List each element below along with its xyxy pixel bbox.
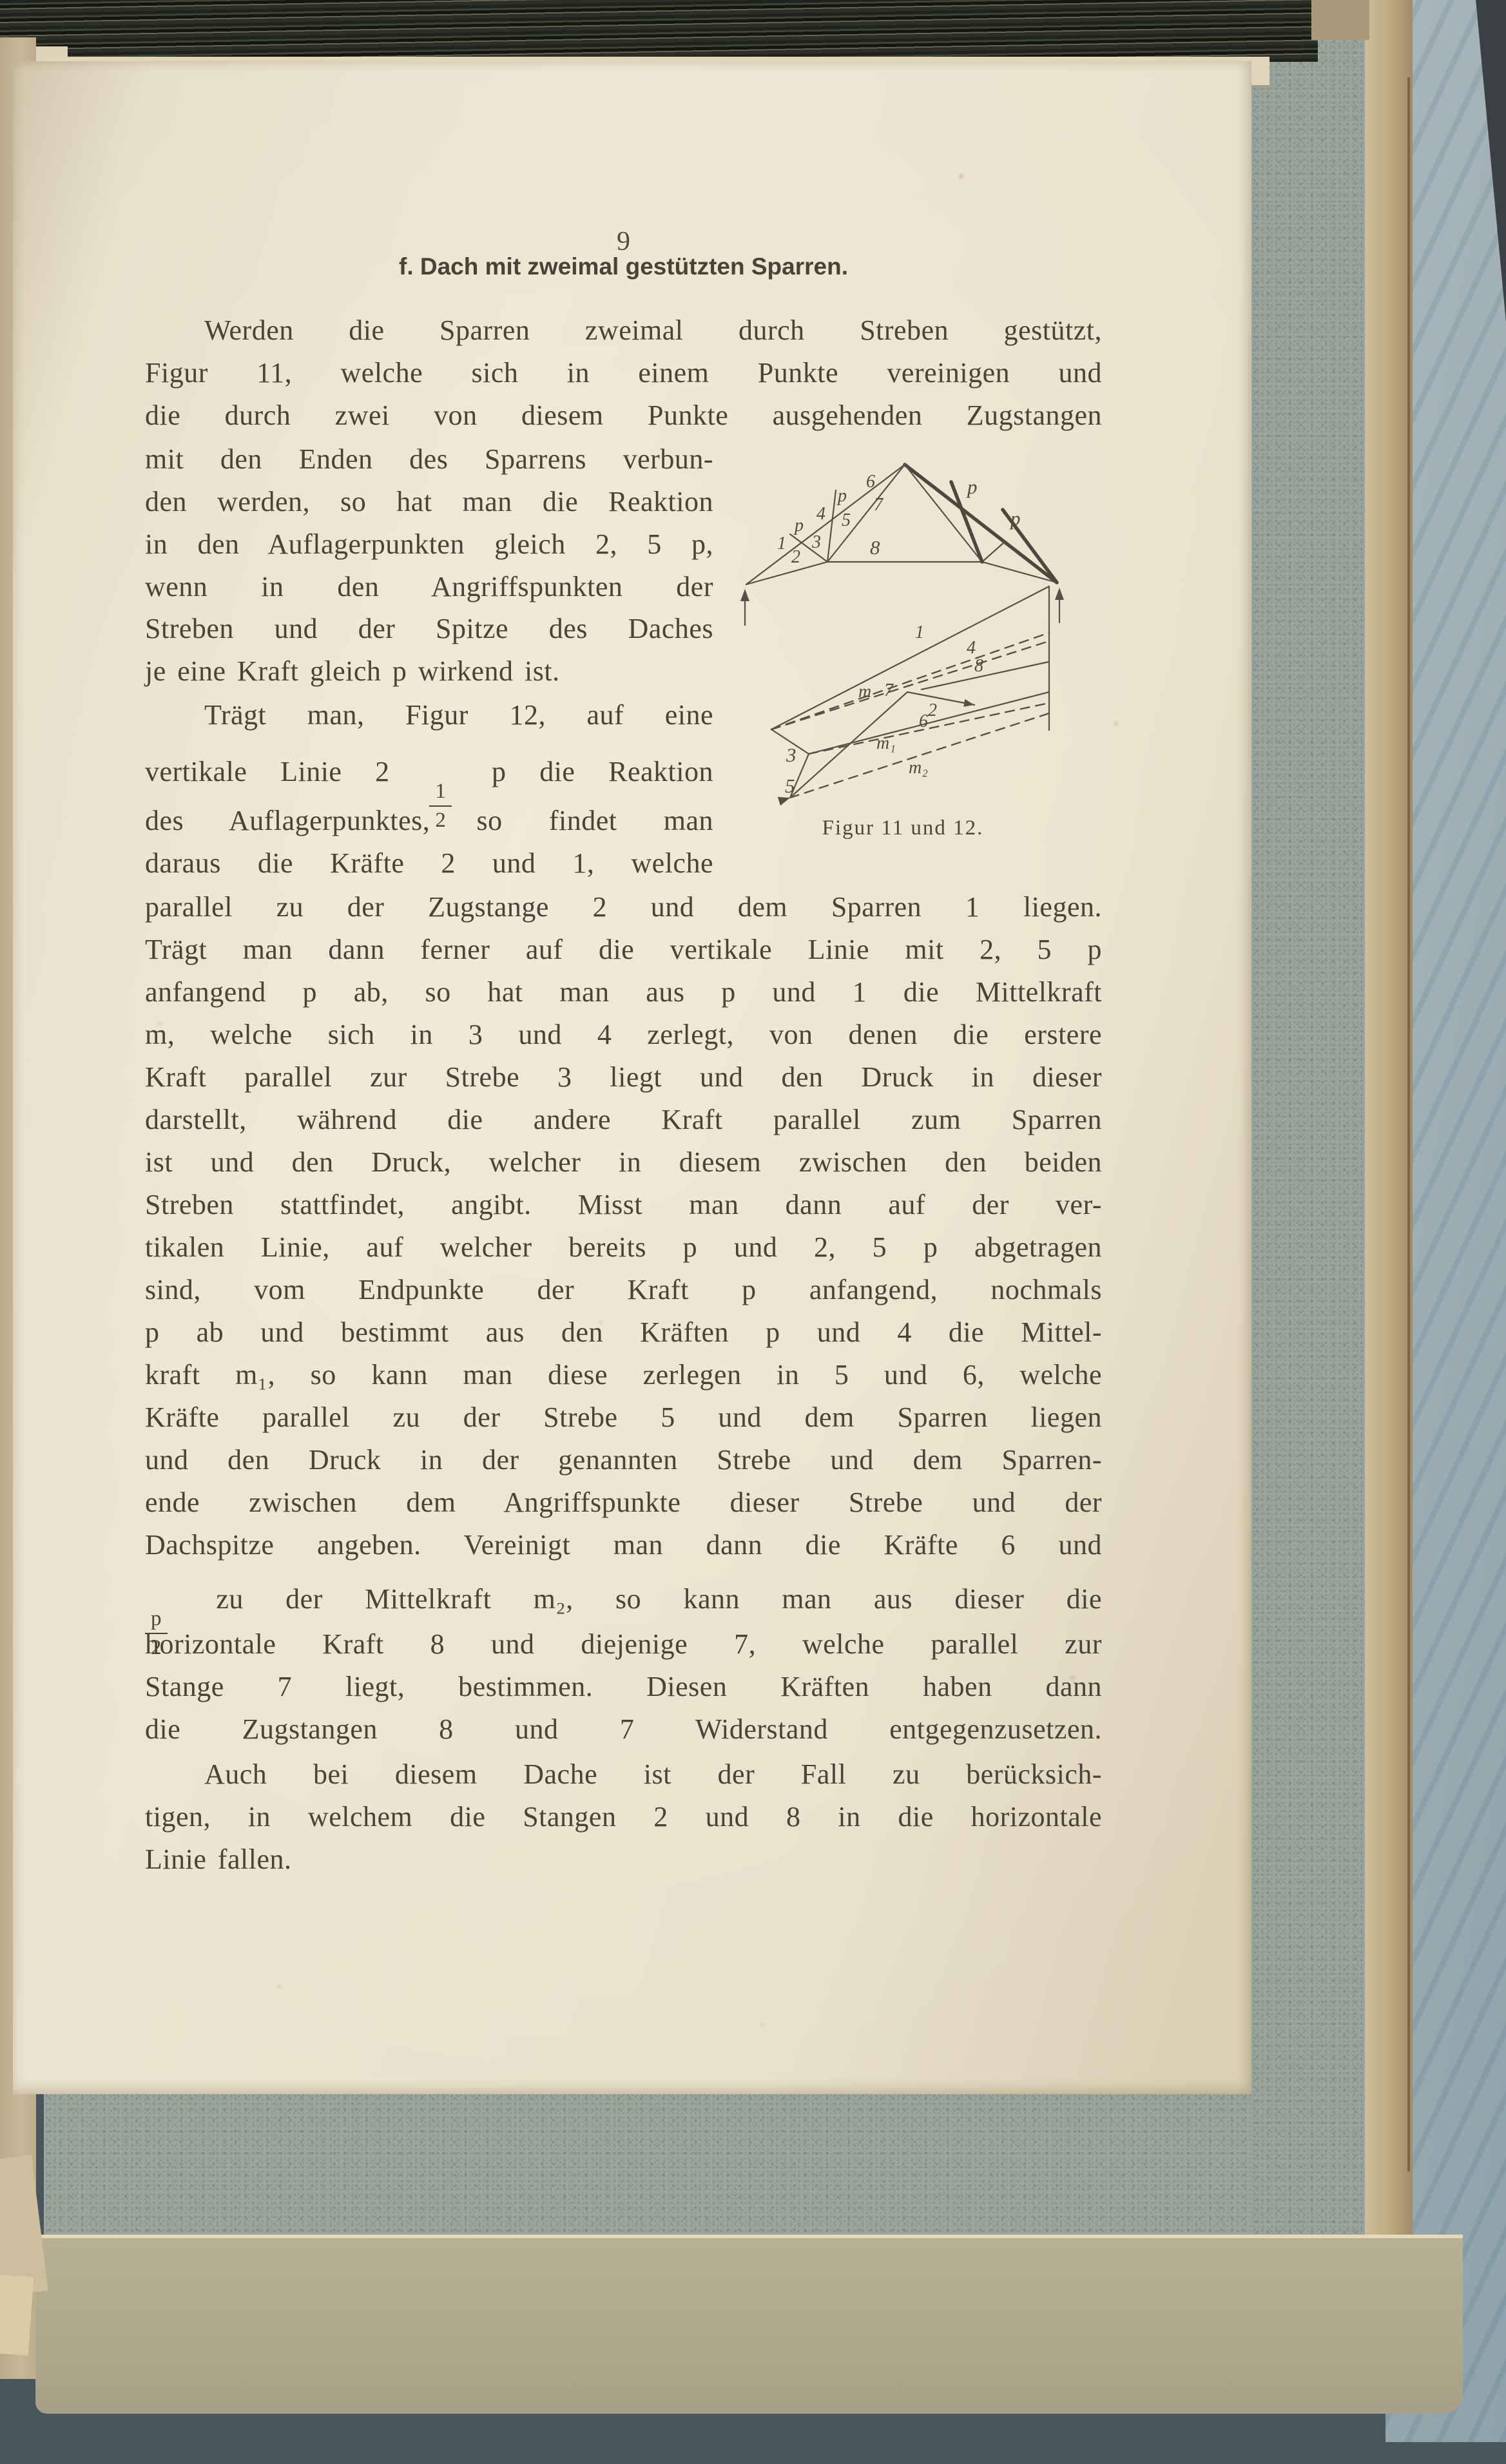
label-p-right-1: p (966, 476, 978, 498)
text-line: tigen, in welchem die Stangen 2 und 8 in… (145, 1800, 1102, 1834)
truss-and-force-diagram: 6 p 4 p 5 7 1 2 3 8 p p (722, 432, 1192, 883)
label-2: 2 (791, 547, 800, 567)
force-4-dashed (771, 633, 1049, 729)
marbled-endpaper-bottom (44, 2093, 1251, 2235)
text-line: Linie fallen. (145, 1843, 1102, 1876)
text-line: daraus die Kräfte 2 und 1, welche (145, 847, 713, 880)
text-line: ende zwischen dem Angriffspunkte dieser … (145, 1486, 1102, 1519)
label-f2: 2 (928, 700, 937, 720)
text-line: in den Auflagerpunkten gleich 2, 5 p, (145, 528, 713, 561)
text-line: Trägt man, Figur 12, auf eine (145, 698, 713, 732)
label-p-lower: p (793, 515, 804, 535)
text-line: des Auflagerpunktes, so findet man (145, 804, 713, 838)
label-f8: 8 (974, 656, 983, 676)
text-line: Kräfte parallel zu der Strebe 5 und dem … (145, 1401, 1102, 1434)
strut-mirror (982, 542, 1005, 562)
text-column: 9 f. Dach mit zweimal gestützten Sparren… (145, 61, 1102, 2094)
figur-11-truss: 6 p 4 p 5 7 1 2 3 8 p p (740, 465, 1064, 625)
figur-12-force-polygon: 1 4 8 m 7 2 6 m₁ m₂ 3 5 (771, 586, 1049, 805)
text-line: sind, vom Endpunkte der Kraft p anfangen… (145, 1273, 1102, 1307)
marbled-endpaper-right (1251, 14, 1365, 2235)
text-line: die Zugstangen 8 und 7 Widerstand entgeg… (145, 1713, 1102, 1746)
text-line: Auch bei diesem Dache ist der Fall zu be… (145, 1758, 1102, 1791)
figure-11-12: 6 p 4 p 5 7 1 2 3 8 p p (722, 432, 1192, 883)
text-line: horizontale Kraft 8 und diejenige 7, wel… (145, 1628, 1102, 1661)
left-support-arrow (740, 589, 749, 625)
page-stack-edges-top (0, 0, 1318, 62)
frac-post: zu der Mittelkraft m₂, so kann man aus d… (216, 1583, 1102, 1615)
foxing-spot (158, 1021, 161, 1025)
label-p-right-2: p (1009, 507, 1021, 530)
foxing-spot (277, 1985, 281, 1988)
text-line: Werden die Sparren zweimal durch Streben… (145, 314, 1102, 347)
label-fm: m (858, 682, 871, 702)
label-f4: 4 (967, 638, 976, 658)
fraction-numerator: 1 (429, 781, 452, 807)
text-line: Trägt man dann ferner auf die vertikale … (145, 933, 1102, 967)
text-line: m, welche sich in 3 und 4 zerlegt, von d… (145, 1018, 1102, 1052)
label-6: 6 (866, 472, 875, 492)
label-fm2: m₂ (909, 758, 928, 778)
book-page: 9 f. Dach mit zweimal gestützten Sparren… (13, 61, 1251, 2094)
text-line: Figur 11, welche sich in einem Punkte ve… (145, 356, 1102, 390)
text-line: tikalen Linie, auf welcher bereits p und… (145, 1231, 1102, 1264)
text-line: kraft m₁, so kann man diese zerlegen in … (145, 1358, 1102, 1392)
text-line: Stange 7 liegt, bestimmen. Diesen Kräfte… (145, 1670, 1102, 1704)
section-heading: f. Dach mit zweimal gestützten Sparren. (145, 253, 1102, 280)
paper-tab-bottom-left-2 (0, 2275, 34, 2355)
page-number: 9 (145, 226, 1102, 257)
foxing-spot (1070, 1675, 1076, 1680)
page-stack-tan-edge (1311, 0, 1369, 40)
text-line: anfangend p ab, so hat man aus p und 1 d… (145, 976, 1102, 1009)
frac-pre: vertikale Linie 2 (145, 756, 390, 787)
right-support-arrow (1055, 588, 1064, 622)
text-line: und den Druck in der genannten Strebe un… (145, 1443, 1102, 1477)
text-line: Kraft parallel zur Strebe 3 liegt und de… (145, 1061, 1102, 1094)
text-line: darstellt, während die andere Kraft para… (145, 1103, 1102, 1137)
right-rafter (905, 465, 1057, 582)
label-4: 4 (816, 504, 825, 524)
left-rafter (746, 465, 905, 584)
foxing-spot (760, 2023, 764, 2026)
text-line: je eine Kraft gleich p wirkend ist. (145, 655, 713, 688)
text-line: die durch zwei von diesem Punkte ausgehe… (145, 399, 1102, 432)
page-block-fore-edge (1365, 0, 1413, 2236)
cover-crease (1407, 77, 1410, 2171)
scanned-book-photo: { "text": { "page_number": "9", "heading… (0, 0, 1506, 2464)
force-2-arrowhead (963, 699, 975, 709)
foxing-spot (959, 174, 963, 178)
label-f7: 7 (884, 680, 894, 700)
label-f6: 6 (919, 711, 928, 731)
label-f5: 5 (785, 775, 795, 797)
text-line: Dachspitze angeben. Vereinigt man dann d… (145, 1528, 1102, 1562)
label-f1: 1 (915, 622, 924, 642)
text-line: wenn in den Angriffspunkten der (145, 570, 713, 604)
label-3: 3 (811, 532, 821, 552)
text-line: parallel zu der Zugstange 2 und dem Spar… (145, 890, 1102, 924)
label-8: 8 (870, 536, 880, 559)
label-7: 7 (874, 495, 883, 515)
figure-caption: Figur 11 und 12. (822, 816, 984, 840)
text-line: p ab und bestimmt aus den Kräften p und … (145, 1316, 1102, 1349)
text-line: Streben stattfindet, angibt. Misst man d… (145, 1188, 1102, 1222)
label-f3: 3 (786, 744, 796, 766)
resultant-m-dashed (771, 641, 1049, 729)
frac-post: p die Reaktion (492, 756, 713, 787)
label-5: 5 (842, 510, 851, 530)
text-line: ist und den Druck, welcher in diesem zwi… (145, 1146, 1102, 1179)
foxing-spot (599, 1321, 603, 1324)
text-line: den werden, so hat man die Reaktion (145, 485, 713, 519)
label-1: 1 (777, 534, 786, 553)
strut-5 (827, 490, 836, 562)
back-cover-edge (35, 2235, 1463, 2414)
text-line: mit den Enden des Sparrens verbun- (145, 443, 713, 476)
label-p-upper: p (836, 486, 847, 506)
label-fm1: m₁ (876, 733, 896, 753)
force-1 (771, 586, 1049, 729)
text-line: Streben und der Spitze des Daches (145, 612, 713, 646)
